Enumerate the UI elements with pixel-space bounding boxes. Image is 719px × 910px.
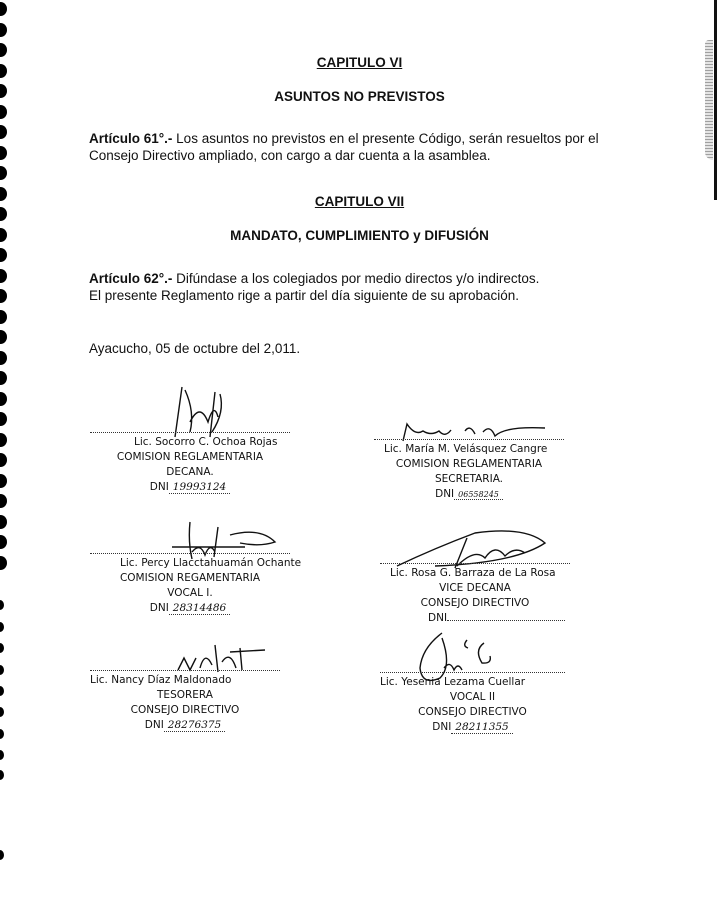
signature-line [90, 670, 280, 671]
article-61-line1: Los asuntos no previstos en el presente … [172, 131, 598, 146]
binding-hole [0, 269, 7, 283]
article-62: Artículo 62°.- Difúndase a los colegiado… [89, 270, 649, 304]
binding-hole [0, 330, 7, 344]
binding-hole [0, 248, 7, 262]
signature-line [90, 432, 290, 433]
place-date: Ayacucho, 05 de octubre del 2,011. [89, 340, 649, 357]
binding-hole [0, 207, 7, 221]
signature-line [90, 553, 290, 554]
binding-hole [0, 729, 4, 739]
binding-hole [0, 289, 7, 303]
binding-hole [0, 665, 4, 675]
binding-hole [0, 494, 7, 508]
chapter-7-subtitle: MANDATO, CUMPLIMIENTO y DIFUSIÓN [0, 228, 719, 243]
article-62-line2: El presente Reglamento rige a partir del… [89, 287, 649, 304]
binding-hole [0, 351, 7, 365]
article-61: Artículo 61°.- Los asuntos no previstos … [89, 130, 649, 164]
binding-hole [0, 310, 7, 324]
binding-hole [0, 535, 7, 549]
binding-hole [0, 146, 7, 160]
binding-hole [0, 412, 7, 426]
binding-hole [0, 166, 7, 180]
binding-hole [0, 850, 4, 860]
chapter-6-title: CAPITULO VI [0, 55, 719, 70]
chapter-7-title: CAPITULO VII [0, 194, 719, 209]
binding-hole [0, 105, 7, 119]
article-61-label: Artículo 61°.- [89, 131, 172, 146]
binding-hole [0, 474, 7, 488]
article-62-label: Artículo 62°.- [89, 271, 172, 286]
signature-line [374, 439, 564, 440]
binding-hole [0, 770, 4, 780]
article-62-line1: Difúndase a los colegiados por medio dir… [172, 271, 539, 286]
article-61-line2: Consejo Directivo ampliado, con cargo a … [89, 147, 649, 164]
signature-line [380, 672, 565, 673]
binding-holes [0, 0, 12, 910]
binding-hole [0, 643, 4, 653]
binding-hole [0, 750, 4, 760]
binding-hole [0, 686, 4, 696]
binding-hole [0, 600, 4, 610]
signatory-2: Lic. María M. Velásquez Cangre COMISION … [374, 439, 564, 502]
binding-hole [0, 2, 7, 16]
binding-hole [0, 23, 7, 37]
signatory-4: Lic. Rosa G. Barraza de La Rosa VICE DEC… [380, 563, 570, 626]
binding-hole [0, 371, 7, 385]
binding-hole [0, 392, 7, 406]
binding-hole [0, 453, 7, 467]
signatory-1: Lic. Socorro C. Ochoa Rojas COMISION REG… [90, 432, 290, 495]
binding-hole [0, 125, 7, 139]
binding-hole [0, 433, 7, 447]
signature-line [380, 563, 570, 564]
signatory-5: Lic. Nancy Díaz Maldonado TESORERA CONSE… [90, 670, 280, 733]
binding-hole [0, 622, 4, 632]
signatory-3: Lic. Percy Llacctahuamán Ochante COMISIO… [90, 553, 290, 616]
chapter-6-subtitle: ASUNTOS NO PREVISTOS [0, 89, 719, 104]
binding-hole [0, 707, 4, 717]
binding-hole [0, 515, 7, 529]
signatory-6: Lic. Yesenia Lezama Cuellar VOCAL II CON… [380, 672, 565, 735]
binding-hole [0, 556, 7, 570]
